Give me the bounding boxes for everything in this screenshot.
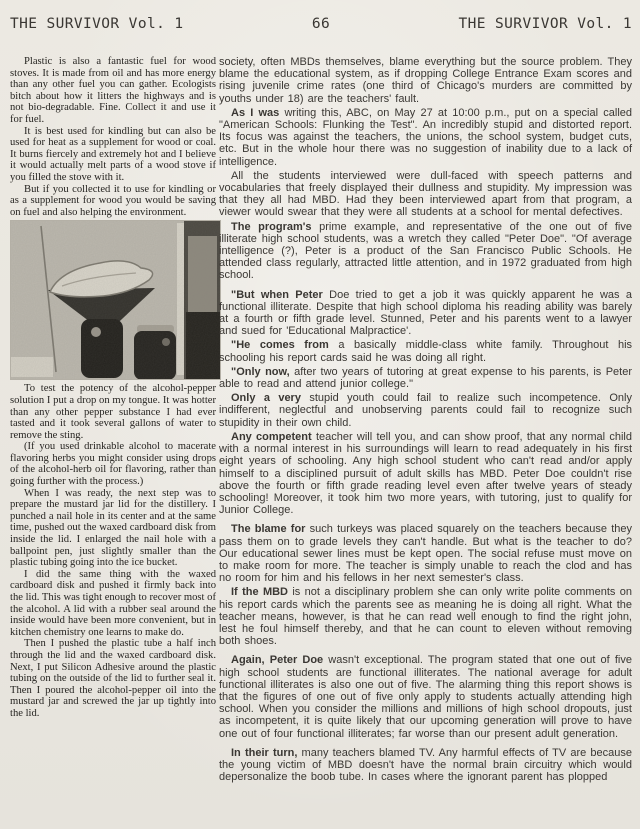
body-paragraph: "Only now, after two years of tutoring a… — [219, 366, 632, 390]
body-paragraph: I did the same thing with the waxed card… — [10, 569, 216, 639]
scanned-book-page: THE SURVIVOR Vol. 1 66 THE SURVIVOR Vol.… — [0, 0, 640, 829]
body-paragraph: But if you collected it to use for kindl… — [10, 184, 216, 219]
body-paragraph: society, often MBDs themselves, blame ev… — [219, 56, 632, 105]
body-paragraph: The blame for such turkeys was placed sq… — [219, 523, 632, 584]
body-paragraph: It is best used for kindling but can als… — [10, 126, 216, 184]
body-paragraph: (If you used drinkable alcohol to macera… — [10, 441, 216, 487]
left-column: Plastic is also a fantastic fuel for woo… — [10, 56, 216, 720]
body-paragraph: To test the potency of the alcohol-peppe… — [10, 383, 216, 441]
body-paragraph: In their turn, many teachers blamed TV. … — [219, 747, 632, 784]
body-paragraph: "He comes from a basically middle-class … — [219, 339, 632, 363]
header-title-right: THE SURVIVOR Vol. 1 — [459, 16, 632, 32]
body-paragraph: "But when Peter Doe tried to get a job i… — [219, 289, 632, 338]
body-paragraph: Only a very stupid youth could fail to r… — [219, 392, 632, 429]
body-paragraph: If the MBD is not a disciplinary problem… — [219, 586, 632, 647]
body-paragraph: All the students interviewed were dull-f… — [219, 170, 632, 219]
body-paragraph: When I was ready, the next step was to p… — [10, 488, 216, 569]
page-header: THE SURVIVOR Vol. 1 66 THE SURVIVOR Vol.… — [10, 16, 632, 36]
body-paragraph: Plastic is also a fantastic fuel for woo… — [10, 56, 216, 126]
body-paragraph: The program's prime example, and represe… — [219, 221, 632, 282]
body-paragraph: Any competent teacher will tell you, and… — [219, 431, 632, 516]
right-column: society, often MBDs themselves, blame ev… — [219, 56, 632, 783]
body-paragraph: Again, Peter Doe wasn't exceptional. The… — [219, 654, 632, 739]
distillery-photo-svg — [10, 220, 221, 380]
distillery-photo — [10, 220, 221, 380]
body-paragraph: Then I pushed the plastic tube a half in… — [10, 638, 216, 719]
body-paragraph: As I was writing this, ABC, on May 27 at… — [219, 107, 632, 168]
